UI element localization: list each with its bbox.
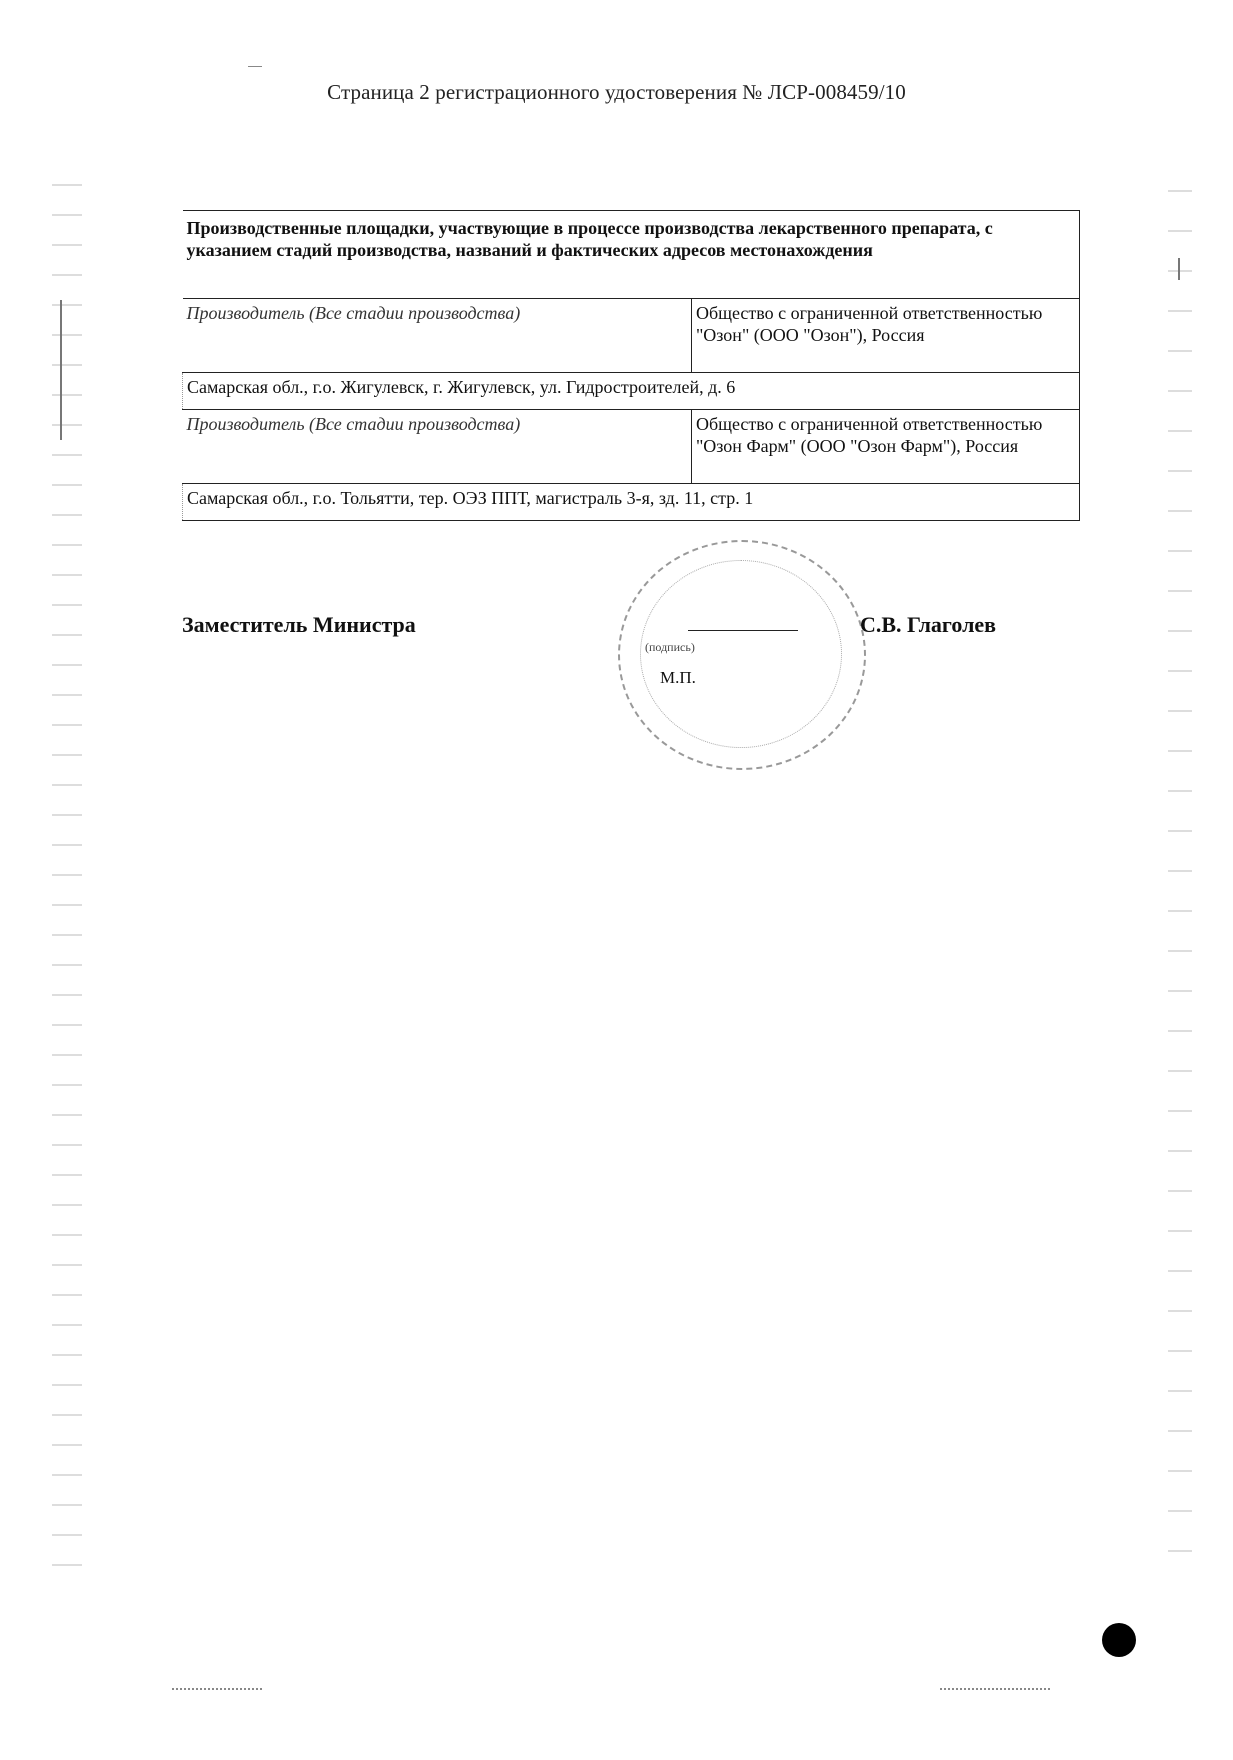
signature-caption: (подпись) (645, 640, 695, 655)
scan-footer-artifact-left (172, 1688, 262, 1690)
table-row-address: Самарская обл., г.о. Жигулевск, г. Жигул… (183, 373, 1080, 410)
table-row-address: Самарская обл., г.о. Тольятти, тер. ОЭЗ … (183, 484, 1080, 521)
manufacturer-role: Производитель (Все стадии производства) (183, 410, 692, 484)
scan-edge-artifact-right-line (1178, 258, 1180, 280)
page-header: Страница 2 регистрационного удостоверени… (0, 80, 1233, 105)
scan-artifact (248, 66, 262, 67)
signatory-title: Заместитель Министра (182, 612, 416, 638)
manufacturer-address: Самарская обл., г.о. Жигулевск, г. Жигул… (183, 373, 1080, 410)
manufacturer-address: Самарская обл., г.о. Тольятти, тер. ОЭЗ … (183, 484, 1080, 521)
scan-registration-dot-icon (1102, 1623, 1136, 1657)
scan-edge-artifact-left (52, 170, 82, 1590)
table-row: Производитель (Все стадии производства) … (183, 410, 1080, 484)
scan-edge-artifact-left-line (60, 300, 62, 440)
manufacturer-role: Производитель (Все стадии производства) (183, 299, 692, 373)
scan-edge-artifact-right (1168, 170, 1192, 1590)
production-sites-table: Производственные площадки, участвующие в… (182, 210, 1080, 521)
manufacturer-organization: Общество с ограниченной ответственностью… (691, 299, 1079, 373)
table-heading: Производственные площадки, участвующие в… (183, 211, 1080, 299)
table-row: Производитель (Все стадии производства) … (183, 299, 1080, 373)
signatory-name: С.В. Глаголев (860, 612, 996, 638)
signature-line (688, 630, 798, 631)
manufacturer-organization: Общество с ограниченной ответственностью… (691, 410, 1079, 484)
stamp-place-mark: М.П. (660, 668, 696, 688)
table-header-row: Производственные площадки, участвующие в… (183, 211, 1080, 299)
scan-footer-artifact-right (940, 1688, 1050, 1690)
